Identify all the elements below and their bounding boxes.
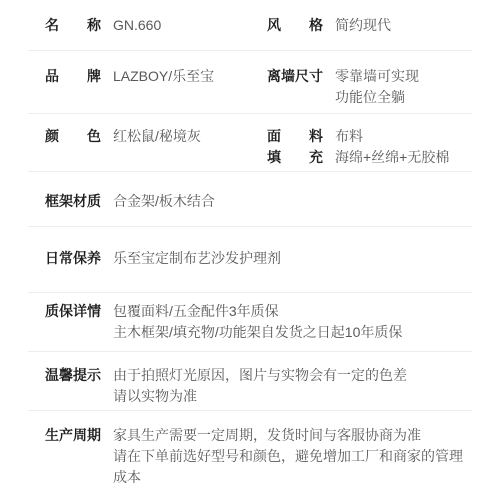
color-field: 颜色 红松鼠/秘境灰 [45, 126, 267, 147]
brand-field: 品牌 LAZBOY/乐至宝 [45, 66, 267, 87]
production-cycle-value: 家具生产需要一定周期，发货时间与客服协商为准 请在下单前选好型号和颜色，避免增加… [113, 425, 472, 488]
notice-label: 温馨提示 [45, 365, 101, 386]
spec-row-name-style: 名称 GN.660 风格 简约现代 [28, 0, 472, 51]
notice-value: 由于拍照灯光原因，图片与实物会有一定的色差 请以实物为准 [113, 365, 407, 407]
spec-row-warranty: 质保详情 包覆面料/五金配件3年质保 主木框架/填充物/功能架自发货之日起10年… [28, 293, 472, 352]
production-cycle-field: 生产周期 家具生产需要一定周期，发货时间与客服协商为准 请在下单前选好型号和颜色… [45, 425, 472, 488]
filling-label: 填充 [267, 147, 323, 168]
notice-field: 温馨提示 由于拍照灯光原因，图片与实物会有一定的色差 请以实物为准 [45, 365, 407, 407]
brand-label: 品牌 [45, 66, 101, 87]
daily-care-field: 日常保养 乐至宝定制布艺沙发护理剂 [45, 248, 281, 269]
daily-care-value: 乐至宝定制布艺沙发护理剂 [113, 248, 281, 269]
spec-row-color-fabric: 颜色 红松鼠/秘境灰 面料 布料 填充 海绵+丝绵+无胶棉 [28, 114, 472, 172]
fabric-filling-group: 面料 布料 填充 海绵+丝绵+无胶棉 [267, 126, 472, 168]
warranty-label: 质保详情 [45, 301, 101, 322]
warranty-value: 包覆面料/五金配件3年质保 主木框架/填充物/功能架自发货之日起10年质保 [113, 301, 402, 343]
frame-material-field: 框架材质 合金架/板木结合 [45, 191, 215, 212]
color-value: 红松鼠/秘境灰 [113, 126, 201, 147]
spec-row-frame-material: 框架材质 合金架/板木结合 [28, 172, 472, 227]
daily-care-label: 日常保养 [45, 248, 101, 269]
color-label: 颜色 [45, 126, 101, 147]
spec-row-notice: 温馨提示 由于拍照灯光原因，图片与实物会有一定的色差 请以实物为准 [28, 352, 472, 411]
fabric-value: 布料 [335, 126, 363, 147]
fabric-label: 面料 [267, 126, 323, 147]
spec-row-production-cycle: 生产周期 家具生产需要一定周期，发货时间与客服协商为准 请在下单前选好型号和颜色… [28, 411, 472, 500]
fabric-field: 面料 布料 [267, 126, 363, 147]
filling-field: 填充 海绵+丝绵+无胶棉 [267, 147, 449, 168]
wall-distance-field: 离墙尺寸 零靠墙可实现 功能位全躺 [267, 66, 472, 108]
warranty-field: 质保详情 包覆面料/五金配件3年质保 主木框架/填充物/功能架自发货之日起10年… [45, 301, 402, 343]
frame-material-label: 框架材质 [45, 191, 101, 212]
production-cycle-label: 生产周期 [45, 425, 101, 446]
name-value: GN.660 [113, 15, 161, 36]
wall-distance-label: 离墙尺寸 [267, 66, 323, 87]
frame-material-value: 合金架/板木结合 [113, 191, 215, 212]
name-label: 名称 [45, 15, 101, 36]
filling-value: 海绵+丝绵+无胶棉 [335, 147, 449, 168]
style-value: 简约现代 [335, 15, 391, 36]
style-label: 风格 [267, 15, 323, 36]
brand-value: LAZBOY/乐至宝 [113, 66, 214, 87]
name-field: 名称 GN.660 [45, 15, 267, 36]
style-field: 风格 简约现代 [267, 15, 472, 36]
product-spec-table: 名称 GN.660 风格 简约现代 品牌 LAZBOY/乐至宝 离墙尺寸 零靠墙… [28, 0, 472, 500]
spec-row-brand-walldistance: 品牌 LAZBOY/乐至宝 离墙尺寸 零靠墙可实现 功能位全躺 [28, 51, 472, 114]
spec-row-daily-care: 日常保养 乐至宝定制布艺沙发护理剂 [28, 227, 472, 293]
wall-distance-value: 零靠墙可实现 功能位全躺 [335, 66, 419, 108]
